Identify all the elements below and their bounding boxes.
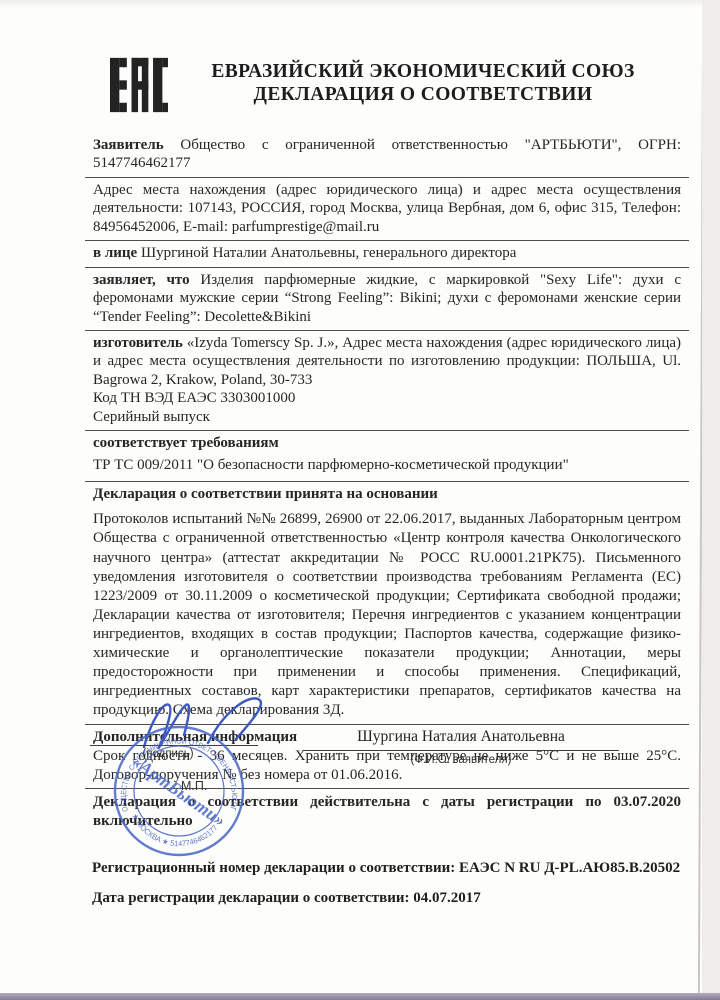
basis-row: Декларация о соответствии принята на осн…	[85, 482, 689, 725]
applicant-row: Заявитель Общество с ограниченной ответс…	[85, 133, 689, 178]
basis-label: Декларация о соответствии принята на осн…	[93, 485, 681, 503]
page-title: ЕВРАЗИЙСКИЙ ЭКОНОМИЧЕСКИЙ СОЮЗ	[180, 60, 666, 83]
complies-value: ТР ТС 009/2011 "О безопасности парфюмерн…	[93, 456, 681, 477]
complies-row: соответствует требованиям ТР ТС 009/2011…	[85, 431, 689, 482]
address-value: Адрес места нахождения (адрес юридическо…	[93, 182, 681, 235]
tnved-code: Код ТН ВЭД ЕАЭС 3303001000	[93, 389, 681, 407]
company-round-stamp: ОБЩЕСТВО С ОГРАНИЧЕННОЙ ОТВЕТСТВЕННОСТЬЮ…	[104, 716, 254, 866]
represented-by-row: в лице Шургиной Наталии Анатольевны, ген…	[85, 241, 689, 267]
complies-label: соответствует требованиям	[93, 434, 681, 452]
signer-caption: (Ф.И.О. заявителя)	[303, 750, 619, 766]
signer-block: Шургина Наталия Анатольевна (Ф.И.О. заяв…	[303, 728, 619, 766]
applicant-value: Общество с ограниченной ответственностью…	[93, 137, 681, 171]
svg-text:ОБЩЕСТВО С ОГРАНИЧЕННОЙ ОТВЕТС: ОБЩЕСТВО С ОГРАНИЧЕННОЙ ОТВЕТСТВЕННОСТЬЮ…	[104, 716, 239, 813]
declares-row: заявляет, что Изделия парфюмерные жидкие…	[85, 268, 689, 331]
scanner-background	[702, 0, 720, 1000]
registration-number: Регистрационный номер декларации о соотв…	[92, 860, 692, 877]
eac-logo-icon	[110, 55, 168, 115]
signer-name: Шургина Наталия Анатольевна	[303, 728, 619, 746]
declares-label: заявляет, что	[93, 272, 190, 288]
scanned-declaration-page: ЕВРАЗИЙСКИЙ ЭКОНОМИЧЕСКИЙ СОЮЗ ДЕКЛАРАЦИ…	[0, 0, 702, 1000]
address-row: Адрес места нахождения (адрес юридическо…	[85, 178, 689, 241]
represented-by-label: в лице	[93, 245, 137, 261]
applicant-label: Заявитель	[93, 137, 164, 153]
manufacturer-row: изготовитель «Izyda Tomerscy Sp. J.», Ад…	[85, 331, 689, 431]
registration-date: Дата регистрации декларации о соответств…	[92, 890, 692, 907]
manufacturer-label: изготовитель	[93, 335, 183, 351]
serial-issue: Серийный выпуск	[93, 408, 681, 426]
stamp-ring-text: ОБЩЕСТВО С ОГРАНИЧЕННОЙ ОТВЕТСТВЕННОСТЬЮ…	[104, 716, 239, 813]
scan-top-edge	[0, 0, 702, 8]
basis-value: Протоколов испытаний №№ 26899, 26900 от …	[93, 510, 681, 720]
page-subtitle: ДЕКЛАРАЦИЯ О СООТВЕТСТВИИ	[180, 83, 666, 106]
represented-by-value: Шургиной Наталии Анатольевны, генерально…	[141, 245, 516, 261]
scan-bottom-edge	[0, 993, 720, 1000]
